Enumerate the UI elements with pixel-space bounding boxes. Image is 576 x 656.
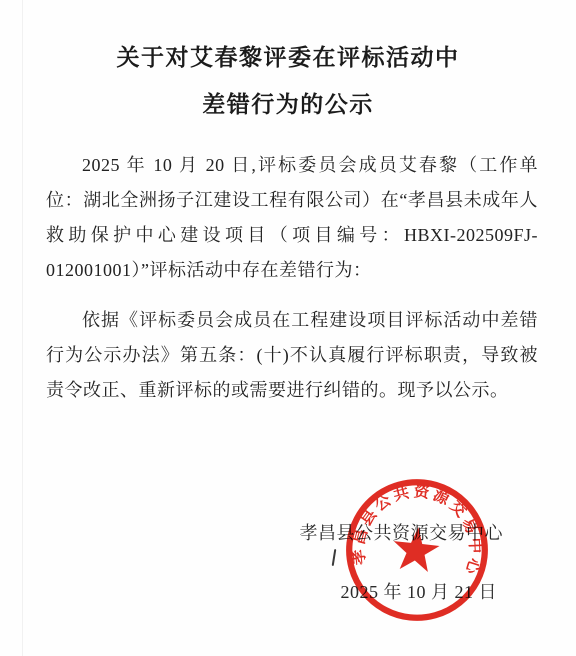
paragraph-1: 2025 年 10 月 20 日,评标委员会成员艾春黎（工作单位：湖北全洲扬子江… bbox=[46, 148, 538, 288]
document-page: 关于对艾春黎评委在评标活动中 差错行为的公示 2025 年 10 月 20 日,… bbox=[0, 0, 576, 656]
document-title: 关于对艾春黎评委在评标活动中 差错行为的公示 bbox=[0, 34, 576, 128]
document-body: 2025 年 10 月 20 日,评标委员会成员艾春黎（工作单位：湖北全洲扬子江… bbox=[46, 148, 538, 408]
title-line-1: 关于对艾春黎评委在评标活动中 bbox=[0, 34, 576, 81]
official-seal: 孝昌县公共资源交易中心 bbox=[344, 477, 490, 623]
title-line-2: 差错行为的公示 bbox=[0, 81, 576, 128]
paragraph-2: 依据《评标委员会成员在工程建设项目评标活动中差错行为公示办法》第五条：(十)不认… bbox=[46, 303, 538, 408]
page-edge-shadow bbox=[22, 0, 23, 656]
star-icon bbox=[391, 525, 441, 573]
official-seal-graphic: 孝昌县公共资源交易中心 bbox=[344, 477, 490, 623]
